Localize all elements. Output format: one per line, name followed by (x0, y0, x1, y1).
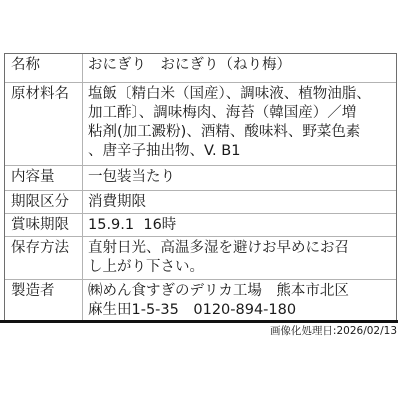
row-label: 原材料名 (5, 83, 83, 165)
table-row-name: 名称 おにぎり おにぎり（ねり梅） (5, 54, 396, 82)
row-label: 期限区分 (5, 191, 83, 213)
row-value: ㈱めん食すぎのデリカ工場 熊本市北区 麻生田1-5-35 0120-894-18… (83, 280, 396, 321)
processing-date-note: 画像化処理日:2026/02/13 (270, 325, 397, 337)
row-label: 製造者 (5, 280, 83, 321)
table-row-storage: 保存方法 直射日光、高温多湿を避けお早めにお召 し上がり下さい。 (5, 236, 396, 279)
row-label: 名称 (5, 54, 83, 82)
row-value: 一包装当たり (83, 166, 396, 190)
row-value: おにぎり おにぎり（ねり梅） (83, 54, 396, 82)
row-value: 消費期限 (83, 191, 396, 213)
product-label-table: 名称 おにぎり おにぎり（ねり梅） 原材料名 塩飯〔精白米（国産）、調味液、植物… (4, 53, 397, 321)
row-value: 塩飯〔精白米（国産）、調味液、植物油脂、 加工酢〕、調味梅肉、海苔（韓国産）／増… (83, 83, 396, 165)
table-row-manufacturer: 製造者 ㈱めん食すぎのデリカ工場 熊本市北区 麻生田1-5-35 0120-89… (5, 279, 396, 321)
row-value: 直射日光、高温多湿を避けお早めにお召 し上がり下さい。 (83, 237, 396, 279)
table-row-expiry-date: 賞味期限 15.9.1 16時 (5, 213, 396, 236)
row-label: 保存方法 (5, 237, 83, 279)
label-bottom-rule (0, 320, 398, 323)
row-label: 賞味期限 (5, 214, 83, 236)
table-row-ingredients: 原材料名 塩飯〔精白米（国産）、調味液、植物油脂、 加工酢〕、調味梅肉、海苔（韓… (5, 82, 396, 165)
table-row-expiry-type: 期限区分 消費期限 (5, 190, 396, 213)
row-label: 内容量 (5, 166, 83, 190)
table-row-contents: 内容量 一包装当たり (5, 165, 396, 190)
row-value: 15.9.1 16時 (83, 214, 396, 236)
